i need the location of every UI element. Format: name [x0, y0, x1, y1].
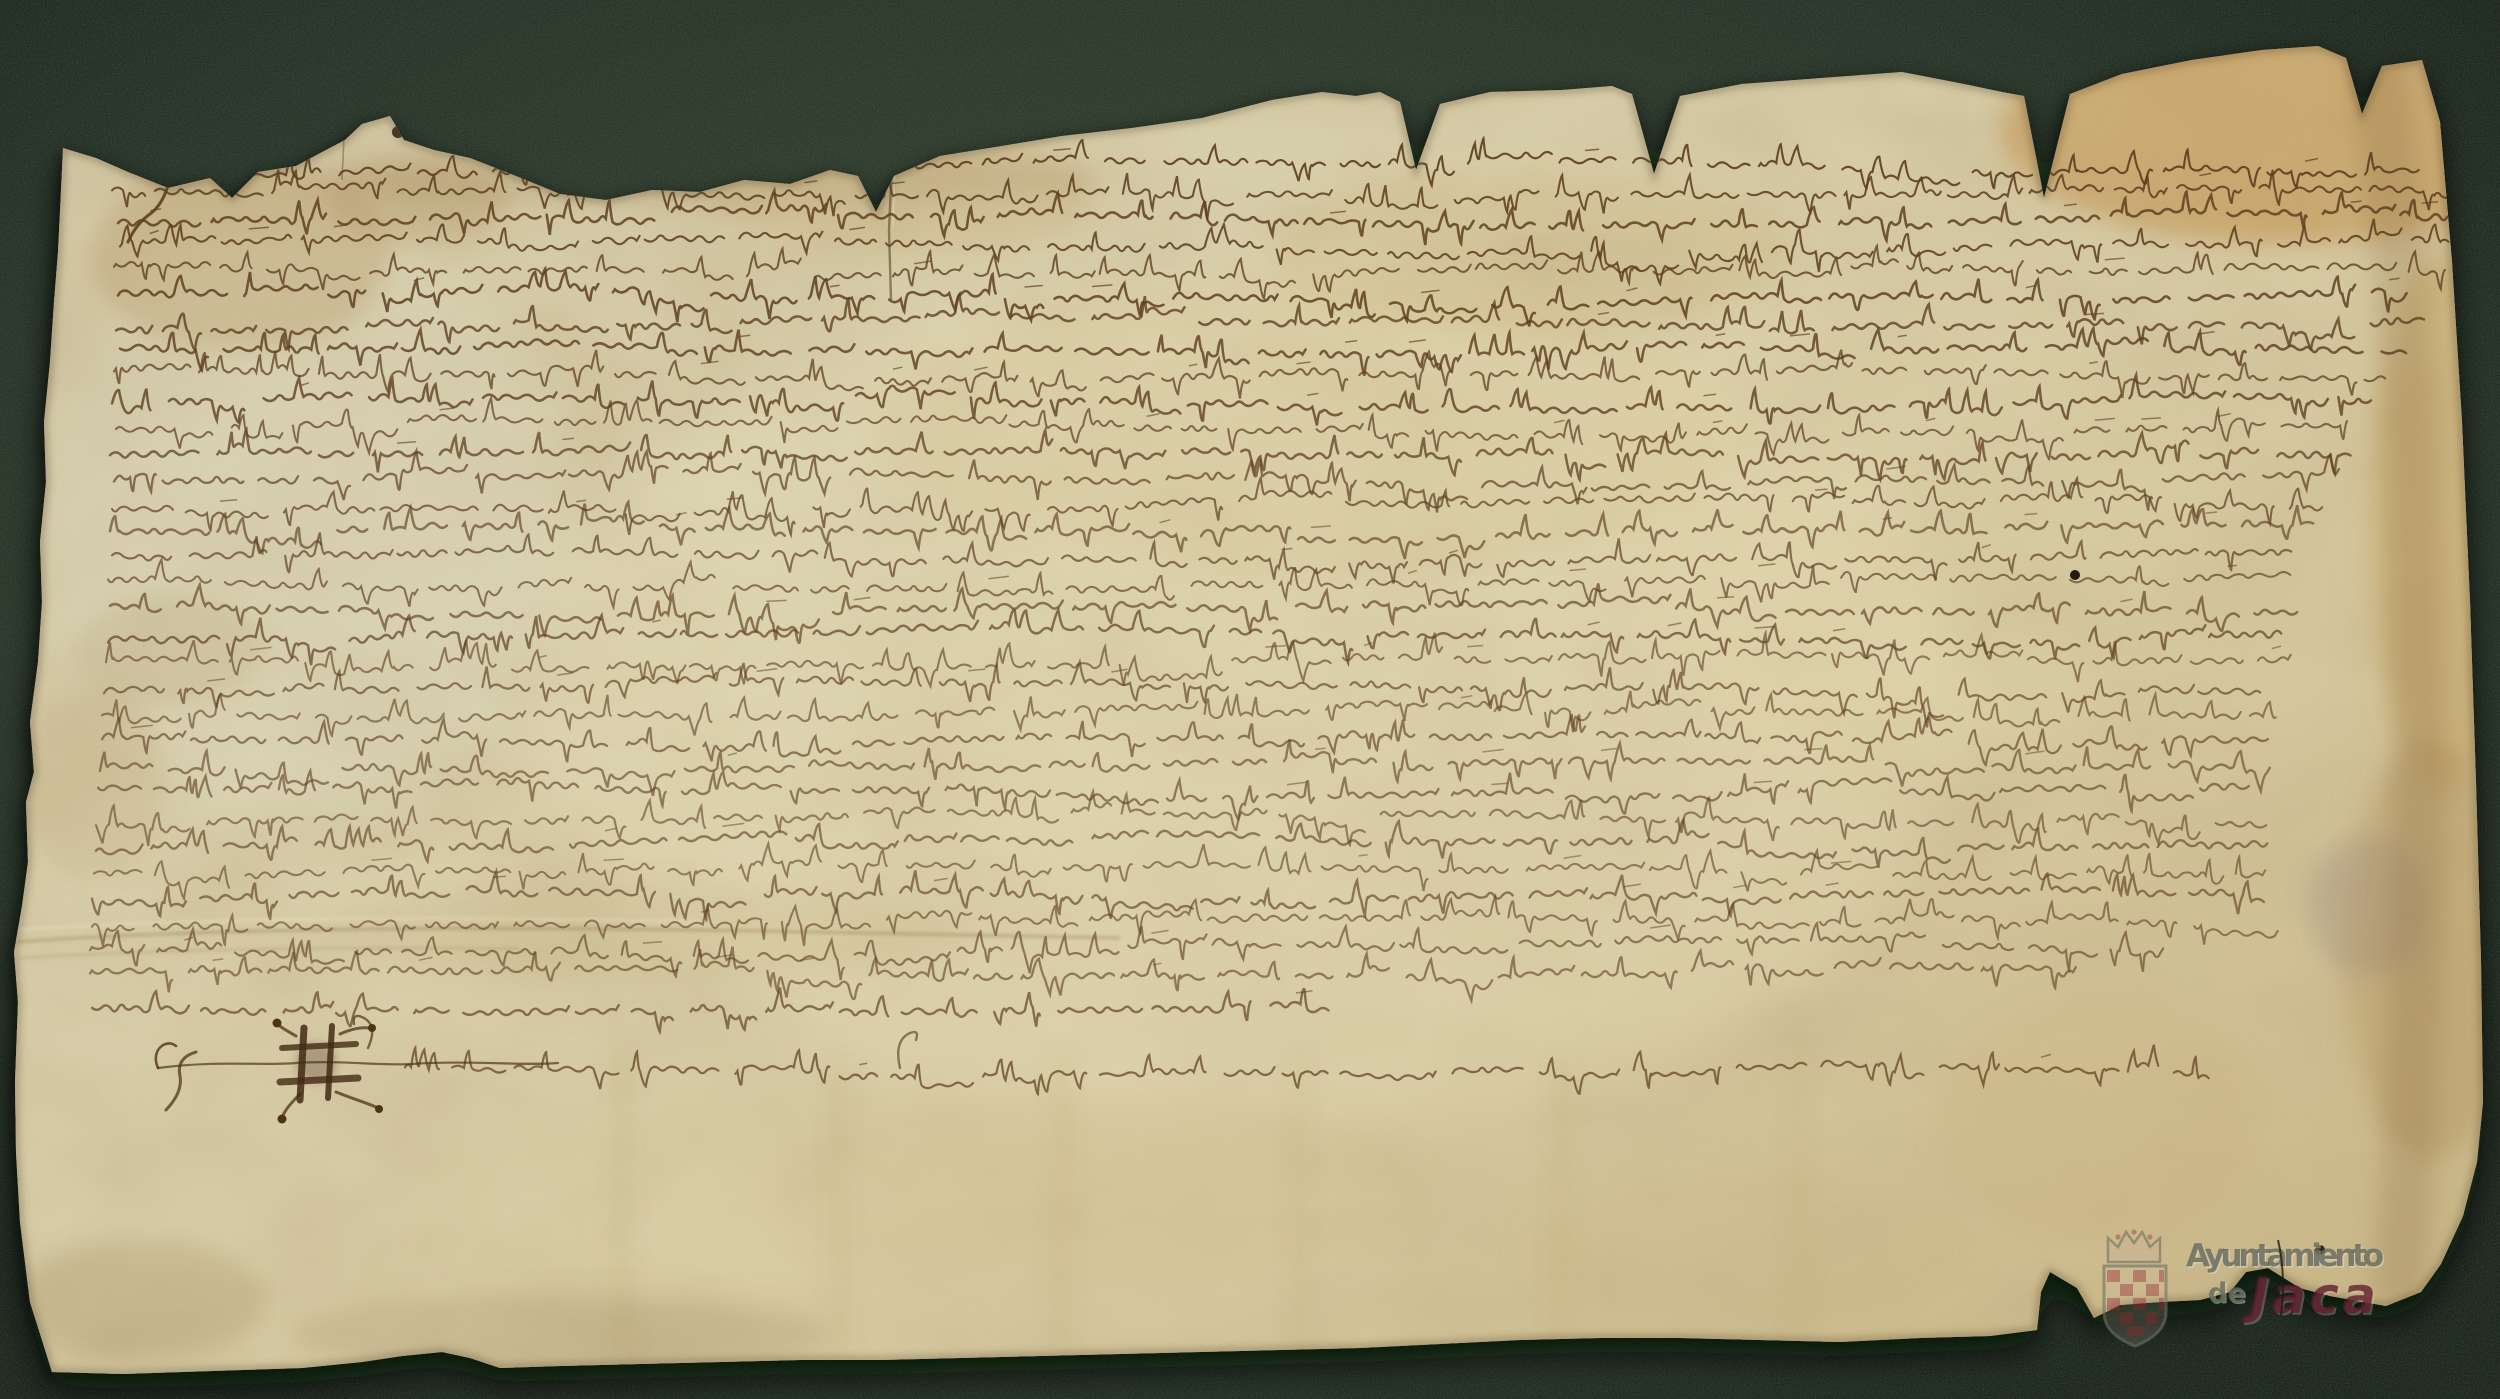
jaca-coat-of-arms-icon: [2104, 1229, 2166, 1346]
watermark-de: de: [2208, 1278, 2246, 1309]
watermark-jaca: Jaca: [2241, 1267, 2376, 1325]
parchment-surface: [0, 0, 2500, 1399]
document-photograph: Ayuntamiento Ayuntamiento de de Jaca Jac…: [0, 0, 2500, 1399]
photo-backdrop-felt: Ayuntamiento Ayuntamiento de de Jaca Jac…: [0, 0, 2500, 1399]
